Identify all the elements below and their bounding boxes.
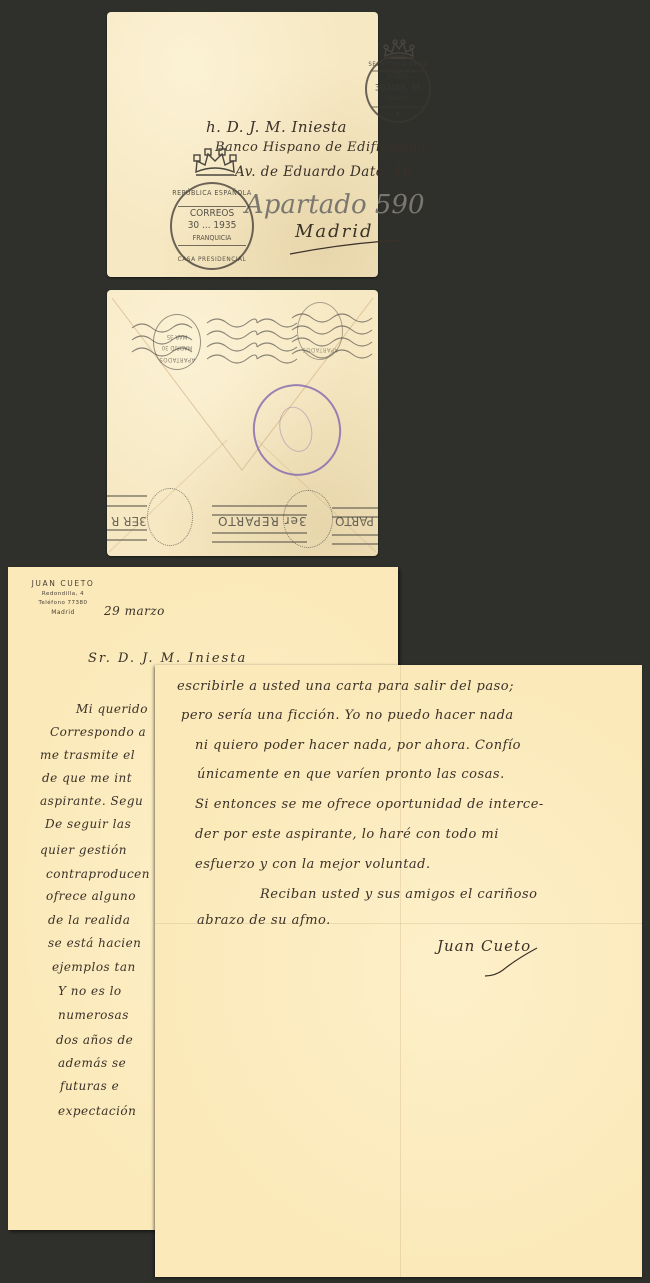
body-line: de que me int xyxy=(42,771,132,785)
body-line: Correspondo a xyxy=(50,725,146,739)
body-line: pero sería una ficción. Yo no puedo hace… xyxy=(181,708,514,723)
address-underline xyxy=(287,237,407,257)
fold-crease xyxy=(400,665,401,1277)
letter-salutation: Sr. D. J. M. Iniesta xyxy=(88,651,247,666)
address-line-1: h. D. J. M. Iniesta xyxy=(206,118,347,136)
letterhead-city: Madrid xyxy=(28,609,98,616)
letter-date: 29 marzo xyxy=(104,604,165,618)
letter-page-2: escribirle a usted una carta para salir … xyxy=(155,665,642,1277)
machine-postmark-reparto-2 xyxy=(283,490,333,548)
crown-emblem-icon xyxy=(192,146,238,176)
body-line: Reciban usted y sus amigos el cariñoso xyxy=(260,887,538,902)
pencil-apartado-note: Apartado 590 xyxy=(245,190,425,220)
postmark-ring-bottom: CASA PRESIDENCIAL xyxy=(172,255,252,263)
body-line: además se xyxy=(58,1056,126,1070)
postmark-date: 30 MAR. 35 xyxy=(372,84,424,95)
postmark-line1: ESTAFETA xyxy=(372,73,424,84)
machine-postmark-reparto-1 xyxy=(147,488,193,546)
machine-cancel-slogan-partial: 3ER R xyxy=(111,514,147,528)
body-line: Mi querido xyxy=(76,702,148,716)
body-line: esfuerzo y con la mejor voluntad. xyxy=(195,857,431,872)
letterhead-name: JUAN CUETO xyxy=(28,579,98,588)
body-line: únicamente en que varíen pronto las cosa… xyxy=(197,767,505,782)
machine-postmark-apartados-2: APARTADOS xyxy=(297,302,343,360)
body-line: Y no es lo xyxy=(58,984,122,998)
body-line: ofrece alguno xyxy=(46,889,136,903)
letterhead-phone: Teléfono 77380 xyxy=(28,600,98,606)
letterhead-address: Redondilla, 4 xyxy=(28,591,98,597)
postmark-line3: CORREOS xyxy=(372,95,424,106)
body-line: contraproducen xyxy=(46,867,150,881)
machine-postmark-sub: APARTADOS xyxy=(154,356,200,363)
envelope-back: MADRID 30 MAR 35 APARTADOS APARTADOS 3er… xyxy=(107,290,378,556)
body-line: ejemplos tan xyxy=(52,960,136,974)
body-line: de la realida xyxy=(48,913,130,927)
postmark-secretaria: SECRETARÍA DE LA REPÚBLICA ESTAFETA 30 M… xyxy=(365,55,431,123)
envelope-front: SECRETARÍA DE LA REPÚBLICA ESTAFETA 30 M… xyxy=(107,12,378,277)
postmark-casa-presidencial: REPÚBLICA ESPAÑOLA CORREOS 30 ... 1935 F… xyxy=(170,182,254,270)
machine-postmark-text: MADRID 30 MAR 35 xyxy=(158,330,197,354)
body-line: se está hacien xyxy=(48,936,141,950)
body-line: der por este aspirante, lo haré con todo… xyxy=(195,827,499,842)
body-line: De seguir las xyxy=(45,817,131,831)
machine-postmark-sub: APARTADOS xyxy=(298,346,342,353)
body-line: aspirante. Segu xyxy=(40,794,143,808)
postmark-line1: CORREOS xyxy=(178,208,245,220)
postmark-ring-top: REPÚBLICA ESPAÑOLA xyxy=(172,189,252,197)
body-line: ni quiero poder hacer nada, por ahora. C… xyxy=(195,738,521,753)
machine-postmark-apartados-1: MADRID 30 MAR 35 APARTADOS xyxy=(153,314,201,370)
letterhead: JUAN CUETO Redondilla, 4 Teléfono 77380 … xyxy=(28,579,98,616)
body-line: numerosas xyxy=(58,1008,129,1022)
postmark-date: 30 ... 1935 xyxy=(178,220,245,232)
body-line: Si entonces se me ofrece oportunidad de … xyxy=(195,797,544,812)
body-line: dos años de xyxy=(56,1033,133,1047)
body-line: me trasmite el xyxy=(40,748,135,762)
body-line: escribirle a usted una carta para salir … xyxy=(177,679,514,694)
machine-cancel-slogan-partial: PARTO xyxy=(335,514,374,528)
postmark-line3: FRANQUICIA xyxy=(178,232,245,244)
address-line-3: Av. de Eduardo Dato, 16 xyxy=(235,164,412,180)
address-line-2: Banco Hispano de Edificación xyxy=(215,140,426,155)
body-line: futuras e xyxy=(60,1079,119,1093)
body-line: quier gestión xyxy=(40,843,127,857)
body-line: expectación xyxy=(58,1104,136,1118)
body-line: abrazo de su afmo. xyxy=(197,913,331,928)
signature-flourish xyxy=(455,940,545,980)
